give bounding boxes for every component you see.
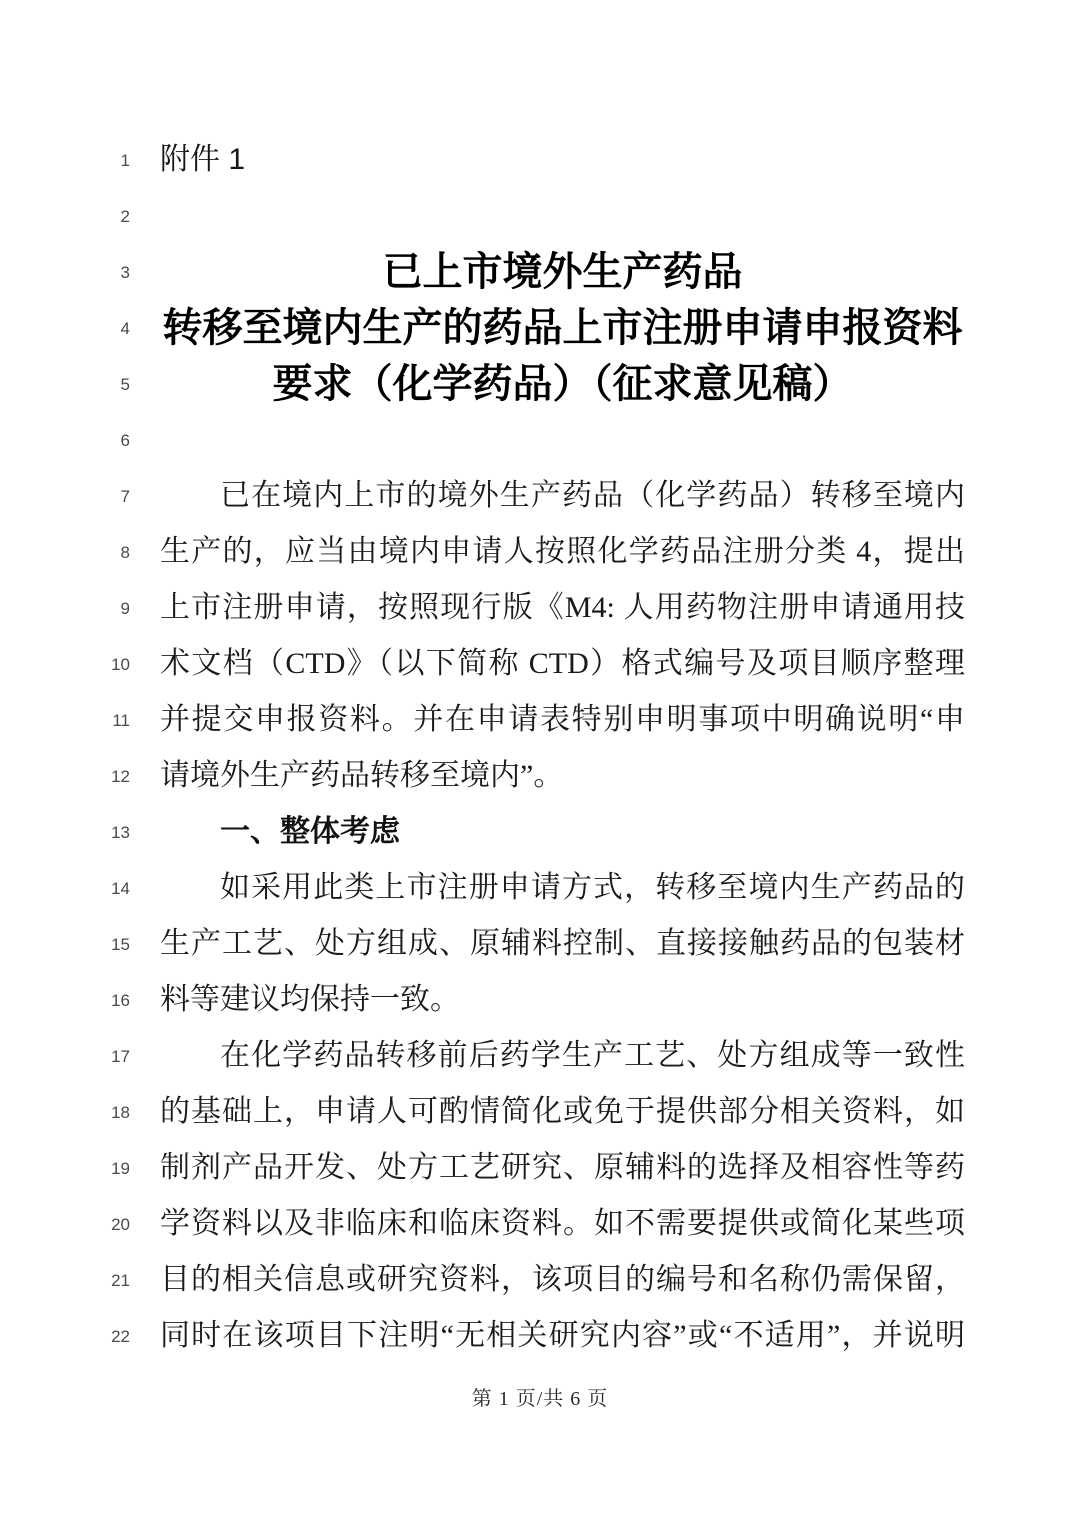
document-title-line: 要求（化学药品）（征求意见稿） <box>160 360 965 408</box>
line-row: 19制剂产品开发、处方工艺研究、原辅料的选择及相容性等药 <box>0 1140 1080 1196</box>
line-row: 6 <box>0 412 1080 468</box>
line-row: 13一、整体考虑 <box>0 804 1080 860</box>
line-number: 15 <box>0 936 130 953</box>
line-row: 11并提交申报资料。并在申请表特别申明事项中明确说明“申 <box>0 692 1080 748</box>
line-number: 1 <box>0 152 130 169</box>
document-title-line: 已上市境外生产药品 <box>160 248 965 296</box>
line-row: 15生产工艺、处方组成、原辅料控制、直接接触药品的包装材 <box>0 916 1080 972</box>
line-row: 10术文档（CTD》（以下简称 CTD）格式编号及项目顺序整理 <box>0 636 1080 692</box>
line-number: 11 <box>0 712 130 729</box>
body-text-line: 已在境内上市的境外生产药品（化学药品）转移至境内 <box>160 478 965 514</box>
line-number: 6 <box>0 432 130 449</box>
line-row: 5要求（化学药品）（征求意见稿） <box>0 356 1080 412</box>
line-row: 7已在境内上市的境外生产药品（化学药品）转移至境内 <box>0 468 1080 524</box>
line-row: 14如采用此类上市注册申请方式，转移至境内生产药品的 <box>0 860 1080 916</box>
line-number: 4 <box>0 320 130 337</box>
body-text-line: 如采用此类上市注册申请方式，转移至境内生产药品的 <box>160 870 965 906</box>
body-text-line: 术文档（CTD》（以下简称 CTD）格式编号及项目顺序整理 <box>160 646 965 682</box>
attachment-label: 附件 1 <box>160 142 965 178</box>
line-number: 17 <box>0 1048 130 1065</box>
line-number: 8 <box>0 544 130 561</box>
line-number: 5 <box>0 376 130 393</box>
line-number: 13 <box>0 824 130 841</box>
body-text-line: 请境外生产药品转移至境内”。 <box>160 758 965 794</box>
page-footer: 第 1 页/共 6 页 <box>0 1382 1080 1411</box>
line-number: 21 <box>0 1272 130 1289</box>
line-number: 10 <box>0 656 130 673</box>
line-row: 16料等建议均保持一致。 <box>0 972 1080 1028</box>
line-number: 22 <box>0 1328 130 1345</box>
body-text-line: 生产的，应当由境内申请人按照化学药品注册分类 4，提出 <box>160 534 965 570</box>
line-row: 12请境外生产药品转移至境内”。 <box>0 748 1080 804</box>
line-row: 8生产的，应当由境内申请人按照化学药品注册分类 4，提出 <box>0 524 1080 580</box>
document-page: 1附件 123已上市境外生产药品4转移至境内生产的药品上市注册申请申报资料5要求… <box>0 0 1080 1527</box>
body-text-line: 并提交申报资料。并在申请表特别申明事项中明确说明“申 <box>160 702 965 738</box>
line-row: 9上市注册申请，按照现行版《M4: 人用药物注册申请通用技 <box>0 580 1080 636</box>
body-text-line: 上市注册申请，按照现行版《M4: 人用药物注册申请通用技 <box>160 590 965 626</box>
line-number: 20 <box>0 1216 130 1233</box>
line-number: 3 <box>0 264 130 281</box>
line-row: 2 <box>0 188 1080 244</box>
line-row: 1附件 1 <box>0 132 1080 188</box>
body-text-line: 同时在该项目下注明“无相关研究内容”或“不适用”，并说明 <box>160 1318 965 1354</box>
line-number: 19 <box>0 1160 130 1177</box>
document-title-line: 转移至境内生产的药品上市注册申请申报资料 <box>160 304 965 352</box>
body-text-line: 料等建议均保持一致。 <box>160 982 965 1018</box>
body-text-line: 在化学药品转移前后药学生产工艺、处方组成等一致性 <box>160 1038 965 1074</box>
line-number: 7 <box>0 488 130 505</box>
body-text-line: 生产工艺、处方组成、原辅料控制、直接接触药品的包装材 <box>160 926 965 962</box>
line-number: 2 <box>0 208 130 225</box>
section-heading: 一、整体考虑 <box>160 814 965 850</box>
line-row: 3已上市境外生产药品 <box>0 244 1080 300</box>
line-row: 18的基础上，申请人可酌情简化或免于提供部分相关资料，如 <box>0 1084 1080 1140</box>
line-row: 4转移至境内生产的药品上市注册申请申报资料 <box>0 300 1080 356</box>
document-body: 1附件 123已上市境外生产药品4转移至境内生产的药品上市注册申请申报资料5要求… <box>0 132 1080 1364</box>
body-text-line: 的基础上，申请人可酌情简化或免于提供部分相关资料，如 <box>160 1094 965 1130</box>
line-row: 17在化学药品转移前后药学生产工艺、处方组成等一致性 <box>0 1028 1080 1084</box>
body-text-line: 学资料以及非临床和临床资料。如不需要提供或简化某些项 <box>160 1206 965 1242</box>
line-row: 22同时在该项目下注明“无相关研究内容”或“不适用”，并说明 <box>0 1308 1080 1364</box>
line-number: 9 <box>0 600 130 617</box>
body-text-line: 制剂产品开发、处方工艺研究、原辅料的选择及相容性等药 <box>160 1150 965 1186</box>
body-text-line: 目的相关信息或研究资料，该项目的编号和名称仍需保留， <box>160 1262 965 1298</box>
line-number: 14 <box>0 880 130 897</box>
line-number: 16 <box>0 992 130 1009</box>
line-row: 20学资料以及非临床和临床资料。如不需要提供或简化某些项 <box>0 1196 1080 1252</box>
line-row: 21目的相关信息或研究资料，该项目的编号和名称仍需保留， <box>0 1252 1080 1308</box>
line-number: 12 <box>0 768 130 785</box>
line-number: 18 <box>0 1104 130 1121</box>
